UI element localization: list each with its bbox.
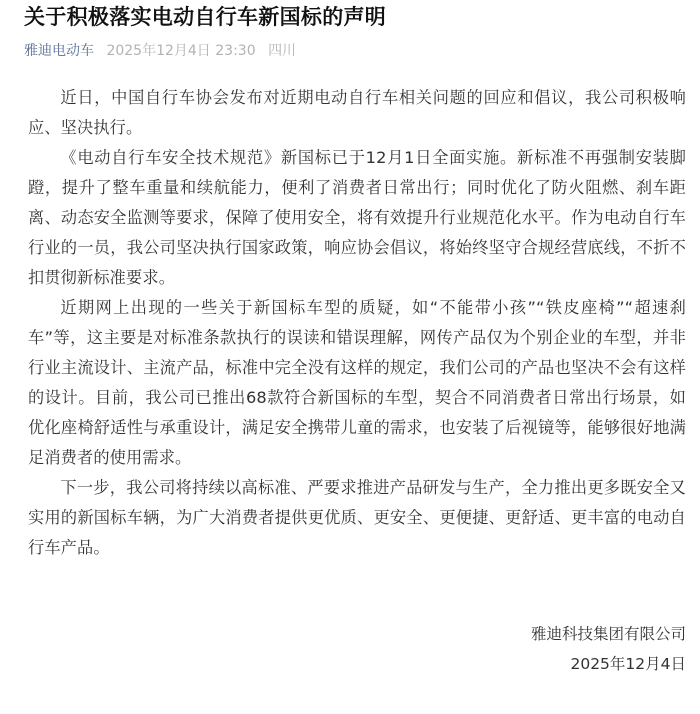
article-meta: 雅迪电动车 2025年12月4日 23:30 四川 [24, 40, 686, 62]
paragraph-3: 近期网上出现的一些关于新国标车型的质疑，如“不能带小孩”“铁皮座椅”“超速刹车”… [28, 293, 686, 473]
paragraph-2: 《电动自行车安全技术规范》新国标已于12月1日全面实施。新标准不再强制安装脚蹬，… [28, 143, 686, 293]
article-title: 关于积极落实电动自行车新国标的声明 [24, 0, 686, 32]
publish-location: 四川 [268, 43, 296, 59]
signature-date: 2025年12月4日 [28, 649, 686, 679]
author-link[interactable]: 雅迪电动车 [24, 43, 94, 59]
article-body: 近日，中国自行车协会发布对近期电动自行车相关问题的回应和倡议，我公司积极响应、坚… [24, 83, 686, 679]
paragraph-4: 下一步，我公司将持续以高标准、严要求推进产品研发与生产，全力推出更多既安全又实用… [28, 473, 686, 563]
paragraph-1: 近日，中国自行车协会发布对近期电动自行车相关问题的回应和倡议，我公司积极响应、坚… [28, 83, 686, 143]
signature-block: 雅迪科技集团有限公司 2025年12月4日 [28, 619, 686, 679]
signature-company: 雅迪科技集团有限公司 [28, 619, 686, 649]
publish-time: 2025年12月4日 23:30 [106, 43, 255, 59]
article: 关于积极落实电动自行车新国标的声明 雅迪电动车 2025年12月4日 23:30… [0, 0, 700, 679]
